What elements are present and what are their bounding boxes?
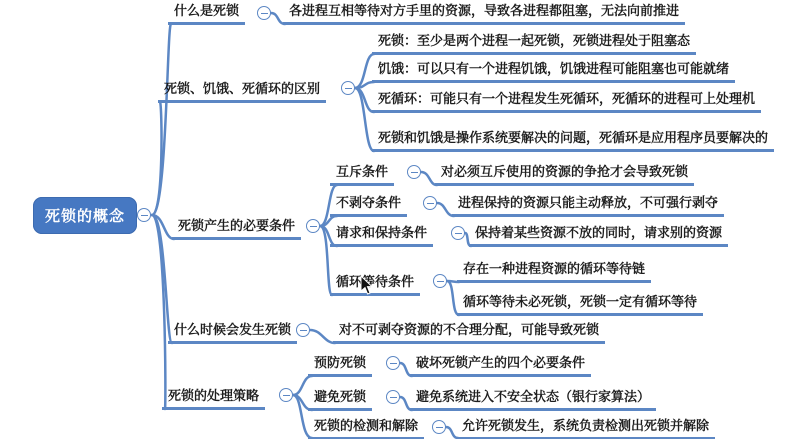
collapse-icon[interactable] <box>432 420 446 434</box>
node-difference[interactable]: 死锁、饥饿、死循环的区别 <box>158 78 326 103</box>
collapse-icon[interactable] <box>296 323 310 337</box>
collapse-icon[interactable] <box>306 219 320 233</box>
node-what-is-deadlock-desc[interactable]: 各进程互相等待对方手里的资源，导致各进程都阻塞，无法向前推进 <box>283 0 685 25</box>
node-necessary-conditions[interactable]: 死锁产生的必要条件 <box>172 215 301 240</box>
mouse-cursor-icon <box>360 275 374 295</box>
node-hold-and-wait-desc[interactable]: 保持着某些资源不放的同时，请求别的资源 <box>469 222 728 247</box>
node-avoid-deadlock-desc[interactable]: 避免系统进入不安全状态（银行家算法） <box>410 386 656 411</box>
node-detect-resolve-deadlock[interactable]: 死锁的检测和解除 <box>308 415 424 439</box>
node-mutex-condition-desc[interactable]: 对必须互斥使用的资源的争抢才会导致死锁 <box>435 161 694 186</box>
mindmap-canvas: 死锁的概念 什么是死锁 各进程互相等待对方手里的资源，导致各进程都阻塞，无法向前… <box>0 0 806 439</box>
node-prevent-deadlock[interactable]: 预防死锁 <box>308 352 372 377</box>
node-hold-and-wait-condition[interactable]: 请求和保持条件 <box>330 222 433 247</box>
node-circular-wait-condition[interactable]: 循环等待条件 <box>330 271 420 296</box>
collapse-icon[interactable] <box>423 196 437 210</box>
node-when-deadlock-desc[interactable]: 对不可剥夺资源的不合理分配，可能导致死锁 <box>333 319 605 344</box>
collapse-icon[interactable] <box>386 356 400 370</box>
node-mutex-condition[interactable]: 互斥条件 <box>330 161 394 186</box>
node-avoid-deadlock[interactable]: 避免死锁 <box>308 386 372 411</box>
collapse-icon[interactable] <box>341 81 355 95</box>
node-diff-deadlock[interactable]: 死锁：至少是两个进程一起死锁，死锁进程处于阻塞态 <box>372 30 696 55</box>
collapse-icon[interactable] <box>433 274 447 288</box>
root-node[interactable]: 死锁的概念 <box>33 197 137 234</box>
collapse-icon[interactable] <box>451 226 465 240</box>
node-diff-note[interactable]: 死锁和饥饿是操作系统要解决的问题，死循环是应用程序员要解决的 <box>372 127 774 152</box>
collapse-icon[interactable] <box>386 390 400 404</box>
node-prevent-deadlock-desc[interactable]: 破坏死锁产生的四个必要条件 <box>410 352 591 377</box>
collapse-icon[interactable] <box>137 208 151 222</box>
node-diff-starvation[interactable]: 饥饿：可以只有一个进程饥饿，饥饿进程可能阻塞也可能就绪 <box>372 58 735 83</box>
node-no-preemption-desc[interactable]: 进程保持的资源只能主动释放，不可强行剥夺 <box>452 192 724 217</box>
node-what-is-deadlock[interactable]: 什么是死锁 <box>168 0 245 25</box>
node-handling-strategy[interactable]: 死锁的处理策略 <box>162 385 265 410</box>
node-diff-infinite-loop[interactable]: 死循环：可能只有一个进程发生死循环，死循环的进程可上处理机 <box>372 88 761 113</box>
node-detect-resolve-desc[interactable]: 允许死锁发生，系统负责检测出死锁并解除 <box>456 415 715 439</box>
collapse-icon[interactable] <box>257 6 271 20</box>
node-no-preemption-condition[interactable]: 不剥夺条件 <box>330 192 407 217</box>
node-circular-wait-note[interactable]: 循环等待未必死锁，死锁一定有循环等待 <box>457 291 703 316</box>
node-circular-wait-chain[interactable]: 存在一种进程资源的循环等待链 <box>457 258 651 283</box>
node-when-deadlock[interactable]: 什么时候会发生死锁 <box>168 319 297 344</box>
collapse-icon[interactable] <box>407 165 421 179</box>
collapse-icon[interactable] <box>279 388 293 402</box>
